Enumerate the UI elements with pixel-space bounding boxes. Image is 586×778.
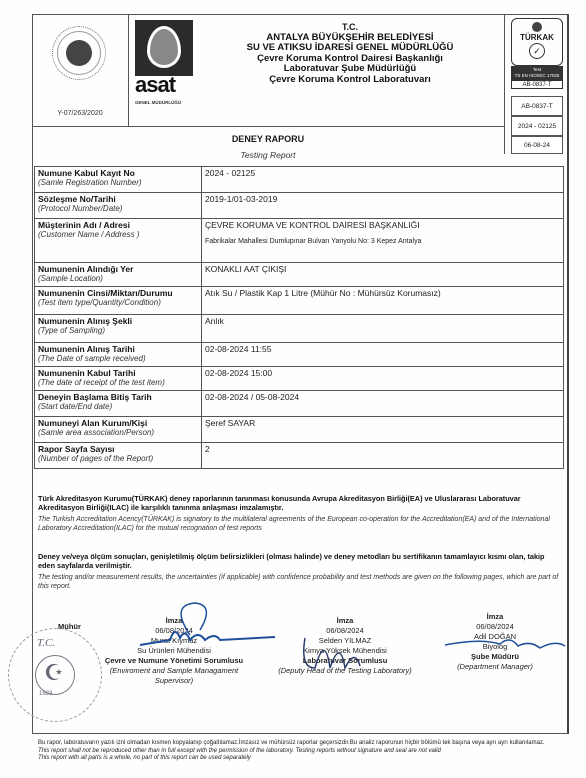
header-title: T.C. ANTALYA BÜYÜKŞEHİR BELEDİYESİ SU VE… xyxy=(200,22,500,85)
field-value-sub: Fabrikalar Mahallesi Dumlupınar Bulvarı … xyxy=(205,236,560,247)
field-label: Müşterinin Adı / Adresi(Customer Name / … xyxy=(35,219,202,263)
footer-en-2: This report with all parts is a whole, n… xyxy=(38,755,578,763)
header-code: Y-07/263/2020 xyxy=(32,110,128,117)
signature-block-env-manager: İmza 06/08/2024 Murat Kıymaz Su Ürünleri… xyxy=(104,616,244,686)
signature-label: İmza xyxy=(104,616,244,626)
official-seal-icon: T.C. ☪ 1923 xyxy=(8,628,102,722)
field-label-tr: Numunenin Cinsi/Miktarı/Durumu xyxy=(38,288,198,298)
accreditation-box: AB-0837-T xyxy=(511,96,563,116)
signatory-role-en: (Enviroment and Sample Managament Superv… xyxy=(104,666,244,686)
table-row: Numunenin Alındığı Yer(Sample Location)K… xyxy=(35,263,564,287)
header-line: Laboratuvar Şube Müdürlüğü xyxy=(200,64,500,75)
field-label: Deneyin Başlama Bitiş Tarih(Start date/E… xyxy=(35,391,202,417)
accreditation-note: Türk Akreditasyon Kurumu(TÜRKAK) deney r… xyxy=(38,494,562,533)
logo-subtitle: GENEL MÜDÜRLÜĞÜ xyxy=(135,100,193,105)
field-label-tr: Numune Kabul Kayıt No xyxy=(38,168,198,178)
field-label-en: (Protocol Number/Date) xyxy=(38,204,198,214)
field-label-en: (The date of receipt of the test item) xyxy=(38,378,198,388)
field-value-text: Anlık xyxy=(205,316,224,326)
field-value: ÇEVRE KORUMA VE KONTROL DAİRESİ BAŞKANLI… xyxy=(202,219,564,263)
field-value-text: Şeref SAYAR xyxy=(205,418,255,428)
table-row: Numunenin Kabul Tarihi(The date of recei… xyxy=(35,367,564,391)
field-label-en: (The Date of sample received) xyxy=(38,354,198,364)
table-row: Numunenin Alınış Tarihi(The Date of samp… xyxy=(35,343,564,367)
field-label-en: (Samle area association/Person) xyxy=(38,428,198,438)
date-box: 06-08-24 xyxy=(511,136,563,154)
table-row: Rapor Sayfa Sayısı(Number of pages of th… xyxy=(35,443,564,469)
field-label-en: (Type of Sampling) xyxy=(38,326,198,336)
field-label: Rapor Sayfa Sayısı(Number of pages of th… xyxy=(35,443,202,469)
field-label-tr: Sözleşme No/Tarihi xyxy=(38,194,198,204)
signature-block-lab-manager: İmza 06/08/2024 Selden YILMAZ Kimya Yüks… xyxy=(270,616,420,676)
report-footer: Bu rapor, laboratuvarın yazılı izni olma… xyxy=(38,740,578,763)
table-row: Numunenin Cinsi/Miktarı/Durumu(Test item… xyxy=(35,287,564,315)
signature-date: 06/08/2024 xyxy=(104,626,244,636)
field-label-tr: Deneyin Başlama Bitiş Tarih xyxy=(38,392,198,402)
table-row: Numuneyi Alan Kurum/Kişi(Samle area asso… xyxy=(35,417,564,443)
field-value-text: KONAKLI AAT ÇIKIŞI xyxy=(205,264,286,274)
field-value: KONAKLI AAT ÇIKIŞI xyxy=(202,263,564,287)
signatory-name: Adil DOĞAN xyxy=(430,632,560,642)
report-subtitle: Testing Report xyxy=(32,150,504,160)
field-label-en: (Start date/End date) xyxy=(38,402,198,412)
table-row: Müşterinin Adı / Adresi(Customer Name / … xyxy=(35,219,564,263)
field-label-tr: Numunenin Kabul Tarihi xyxy=(38,368,198,378)
signature-date: 06/08/2024 xyxy=(430,622,560,632)
turkak-logo: TÜRKAK ✓ xyxy=(511,18,563,66)
signatory-title: Su Ürünleri Mühendisi xyxy=(104,646,244,656)
signatory-title: Kimya Yüksek Mühendisi xyxy=(270,646,420,656)
field-label-tr: Numunenin Alınış Tarihi xyxy=(38,344,198,354)
field-value-text: 2 xyxy=(205,444,210,454)
crescent-star-icon: ☪ xyxy=(44,662,64,684)
field-label: Numuneyi Alan Kurum/Kişi(Samle area asso… xyxy=(35,417,202,443)
field-value-text: 2024 - 02125 xyxy=(205,168,255,178)
signatory-role: Laboratuvar Sorumlusu xyxy=(270,656,420,666)
field-label: Numunenin Cinsi/Miktarı/Durumu(Test item… xyxy=(35,287,202,315)
signature-date: 06/08/2024 xyxy=(270,626,420,636)
signatory-role-en: (Department Manager) xyxy=(430,662,560,672)
field-label: Numunenin Kabul Tarihi(The date of recei… xyxy=(35,367,202,391)
footer-tr: Bu rapor, laboratuvarın yazılı izni olma… xyxy=(38,740,578,748)
field-label-en: (Customer Name / Address ) xyxy=(38,230,198,240)
accreditation-column: TÜRKAK ✓ Test TS EN ISO/IEC 17025 AB-083… xyxy=(504,14,567,154)
report-page: Y-07/263/2020 asat GENEL MÜDÜRLÜĞÜ T.C. … xyxy=(0,0,586,778)
field-value-text: 2019-1/01-03-2019 xyxy=(205,194,277,204)
logo-word: asat xyxy=(135,74,193,96)
signatory-name: Selden YILMAZ xyxy=(270,636,420,646)
field-value: 2024 - 02125 xyxy=(202,167,564,193)
field-label-en: (Sample Location) xyxy=(38,274,198,284)
field-value: Şeref SAYAR xyxy=(202,417,564,443)
field-label-tr: Numunenin Alındığı Yer xyxy=(38,264,198,274)
field-value: 02-08-2024 / 05-08-2024 xyxy=(202,391,564,417)
field-value-text: Atık Su / Plastik Kap 1 Litre (Mühür No … xyxy=(205,288,441,298)
signatory-name: Murat Kıymaz xyxy=(104,636,244,646)
table-row: Numune Kabul Kayıt No(Samle Registration… xyxy=(35,167,564,193)
asat-logo: asat GENEL MÜDÜRLÜĞÜ xyxy=(135,20,193,106)
water-drop-icon xyxy=(135,20,193,76)
field-label: Sözleşme No/Tarihi(Protocol Number/Date) xyxy=(35,193,202,219)
table-row: Sözleşme No/Tarihi(Protocol Number/Date)… xyxy=(35,193,564,219)
registration-box: 2024 - 02125 xyxy=(511,116,563,136)
field-label-en: (Test item type/Quantity/Condition) xyxy=(38,298,198,308)
table-row: Numunenin Alınış Şekli(Type of Sampling)… xyxy=(35,315,564,343)
field-label-en: (Samle Registration Number) xyxy=(38,178,198,188)
note-tr: Türk Akreditasyon Kurumu(TÜRKAK) deney r… xyxy=(38,494,562,512)
note-en: The testing and/or measurement results, … xyxy=(38,573,562,591)
header-line: Çevre Koruma Kontrol Laboratuvarı xyxy=(200,75,500,86)
header-line: T.C. xyxy=(200,22,500,33)
seal-year: 1923 xyxy=(39,691,52,697)
table-row: Deneyin Başlama Bitiş Tarih(Start date/E… xyxy=(35,391,564,417)
field-label-en: (Number of pages of the Report) xyxy=(38,454,198,464)
field-label: Numunenin Alınış Şekli(Type of Sampling) xyxy=(35,315,202,343)
signature-label: İmza xyxy=(270,616,420,626)
header-line: SU VE ATIKSU İDARESİ GENEL MÜDÜRLÜĞÜ xyxy=(200,43,500,54)
signature-label: İmza xyxy=(430,612,560,622)
seal-tc: T.C. xyxy=(37,637,55,649)
field-label-tr: Numuneyi Alan Kurum/Kişi xyxy=(38,418,198,428)
field-label-tr: Numunenin Alınış Şekli xyxy=(38,316,198,326)
accreditation-standard: Test TS EN ISO/IEC 17025 xyxy=(511,66,563,80)
field-value: 02-08-2024 11:55 xyxy=(202,343,564,367)
footer-en-1: This report shall not be reproduced othe… xyxy=(38,748,578,756)
signatory-role: Şube Müdürü xyxy=(430,652,560,662)
field-label-tr: Müşterinin Adı / Adresi xyxy=(38,220,198,230)
header-left-cell: Y-07/263/2020 xyxy=(32,14,129,126)
field-value-text: 02-08-2024 15:00 xyxy=(205,368,272,378)
field-label-tr: Rapor Sayfa Sayısı xyxy=(38,444,198,454)
field-label: Numunenin Alındığı Yer(Sample Location) xyxy=(35,263,202,287)
field-value-text: ÇEVRE KORUMA VE KONTROL DAİRESİ BAŞKANLI… xyxy=(205,220,420,230)
note-en: The Turkish Accreditation Acency(TÜRKAK)… xyxy=(38,515,562,533)
signature-block-department-manager: İmza 06/08/2024 Adil DOĞAN Biyolog Şube … xyxy=(430,612,560,672)
standard-label: TS EN ISO/IEC 17025 xyxy=(511,73,563,79)
turkak-name: TÜRKAK xyxy=(512,33,562,42)
field-label: Numunenin Alınış Tarihi(The Date of samp… xyxy=(35,343,202,367)
globe-icon xyxy=(532,22,542,32)
seal-inner-ring: ☪ xyxy=(35,655,75,695)
field-value: Atık Su / Plastik Kap 1 Litre (Mühür No … xyxy=(202,287,564,315)
field-value-text: 02-08-2024 / 05-08-2024 xyxy=(205,392,299,402)
field-value: 2019-1/01-03-2019 xyxy=(202,193,564,219)
emblem-center xyxy=(66,40,92,66)
signatory-role: Çevre ve Numune Yönetimi Sorumlusu xyxy=(104,656,244,666)
note-tr: Deney ve/veya ölçüm sonuçları, genişleti… xyxy=(38,552,562,570)
municipality-emblem-icon xyxy=(52,26,106,80)
field-value: 2 xyxy=(202,443,564,469)
report-title: DENEY RAPORU xyxy=(32,134,504,144)
accreditation-code: AB-0837-T xyxy=(511,80,563,89)
field-value: Anlık xyxy=(202,315,564,343)
signatory-title: Biyolog xyxy=(430,642,560,652)
checkmark-icon: ✓ xyxy=(529,43,545,59)
report-info-table: Numune Kabul Kayıt No(Samle Registration… xyxy=(34,166,564,469)
field-label: Numune Kabul Kayıt No(Samle Registration… xyxy=(35,167,202,193)
field-value: 02-08-2024 15:00 xyxy=(202,367,564,391)
signatory-role-en: (Deputy Head of the Testing Laboratory) xyxy=(270,666,420,676)
results-note: Deney ve/veya ölçüm sonuçları, genişleti… xyxy=(38,552,562,591)
field-value-text: 02-08-2024 11:55 xyxy=(205,344,271,354)
report-header: Y-07/263/2020 asat GENEL MÜDÜRLÜĞÜ T.C. … xyxy=(32,14,504,127)
